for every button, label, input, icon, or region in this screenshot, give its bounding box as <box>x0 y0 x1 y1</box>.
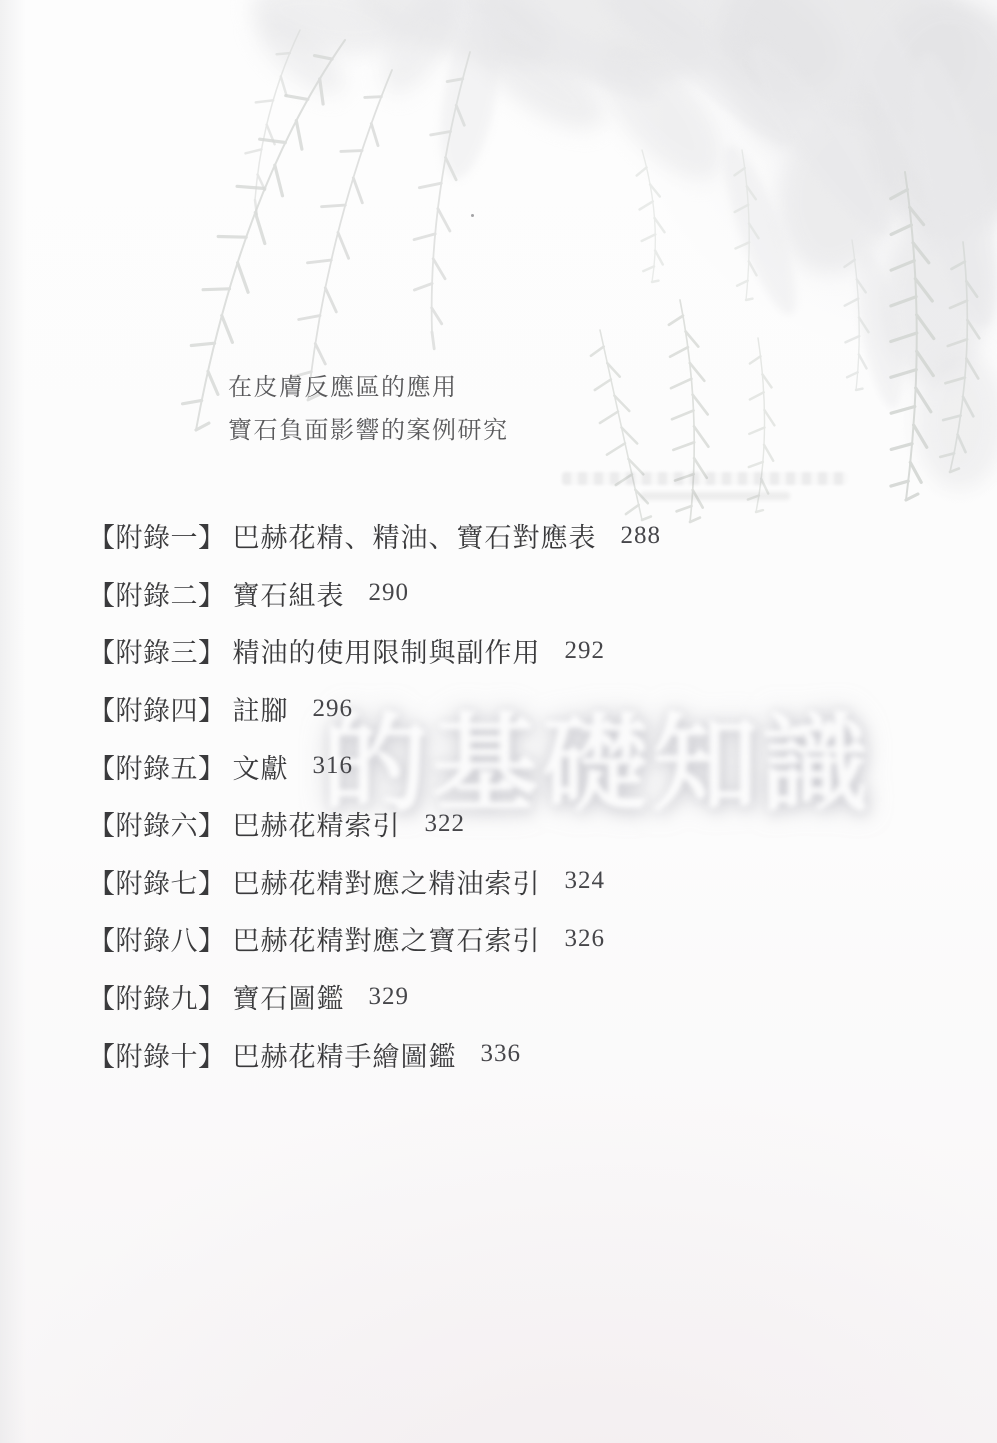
book-page: 的基礎知識 在皮膚反應區的應用 寶石負面影響的案例研究 【附錄一】巴赫花精、精油… <box>0 0 997 1443</box>
toc-entry: 【附錄三】精油的使用限制與副作用292 <box>88 622 908 680</box>
toc-entry: 【附錄九】寶石圖鑑329 <box>88 968 908 1026</box>
paper-speck <box>471 214 474 217</box>
toc-entry-label: 【附錄九】 <box>88 977 226 1016</box>
heading-line-1: 在皮膚反應區的應用 <box>228 366 509 409</box>
toc-entry-page: 290 <box>369 579 410 607</box>
toc-entry-page: 324 <box>565 867 606 895</box>
toc-entry: 【附錄十】巴赫花精手繪圖鑑336 <box>88 1025 908 1083</box>
toc-entry-title: 寶石圖鑑 <box>233 977 345 1016</box>
appendix-toc: 【附錄一】巴赫花精、精油、寶石對應表288 【附錄二】寶石組表290 【附錄三】… <box>88 507 908 1083</box>
toc-entry-page: 329 <box>369 983 410 1011</box>
toc-entry: 【附錄四】註腳296 <box>88 680 908 738</box>
toc-entry-label: 【附錄三】 <box>88 631 226 670</box>
toc-entry: 【附錄八】巴赫花精對應之寶石索引326 <box>88 910 908 968</box>
toc-entry: 【附錄七】巴赫花精對應之精油索引324 <box>88 853 908 911</box>
showthrough-text-smudge <box>562 472 848 485</box>
toc-entry-title: 巴赫花精對應之寶石索引 <box>233 919 541 958</box>
toc-entry-page: 322 <box>425 810 466 838</box>
toc-entry-title: 巴赫花精索引 <box>233 804 401 843</box>
toc-entry-label: 【附錄一】 <box>88 516 226 555</box>
toc-entry: 【附錄二】寶石組表290 <box>88 565 908 623</box>
toc-entry-page: 292 <box>565 637 606 665</box>
toc-entry-label: 【附錄四】 <box>88 689 226 728</box>
toc-entry-page: 326 <box>565 925 606 953</box>
toc-entry-page: 316 <box>313 752 354 780</box>
toc-entry-label: 【附錄二】 <box>88 574 226 613</box>
heading-line-2: 寶石負面影響的案例研究 <box>228 409 509 452</box>
toc-entry-title: 巴赫花精手繪圖鑑 <box>233 1035 457 1074</box>
toc-entry-page: 296 <box>313 695 354 723</box>
toc-entry-title: 巴赫花精對應之精油索引 <box>233 862 541 901</box>
toc-entry: 【附錄一】巴赫花精、精油、寶石對應表288 <box>88 507 908 565</box>
toc-entry-page: 288 <box>621 522 662 550</box>
toc-entry-page: 336 <box>481 1040 522 1068</box>
toc-entry-label: 【附錄六】 <box>88 804 226 843</box>
toc-entry-title: 巴赫花精、精油、寶石對應表 <box>233 516 597 555</box>
toc-entry-title: 文獻 <box>233 747 289 786</box>
toc-entry: 【附錄五】文獻316 <box>88 737 908 795</box>
toc-entry-label: 【附錄五】 <box>88 747 226 786</box>
showthrough-text-smudge <box>640 492 790 500</box>
toc-entry: 【附錄六】巴赫花精索引322 <box>88 795 908 853</box>
fern-foliage-illustration <box>0 0 997 540</box>
toc-entry-title: 精油的使用限制與副作用 <box>233 631 541 670</box>
toc-entry-label: 【附錄七】 <box>88 862 226 901</box>
toc-entry-label: 【附錄八】 <box>88 919 226 958</box>
toc-entry-label: 【附錄十】 <box>88 1035 226 1074</box>
section-heading: 在皮膚反應區的應用 寶石負面影響的案例研究 <box>228 366 509 452</box>
toc-entry-title: 寶石組表 <box>233 574 345 613</box>
toc-entry-title: 註腳 <box>233 689 289 728</box>
